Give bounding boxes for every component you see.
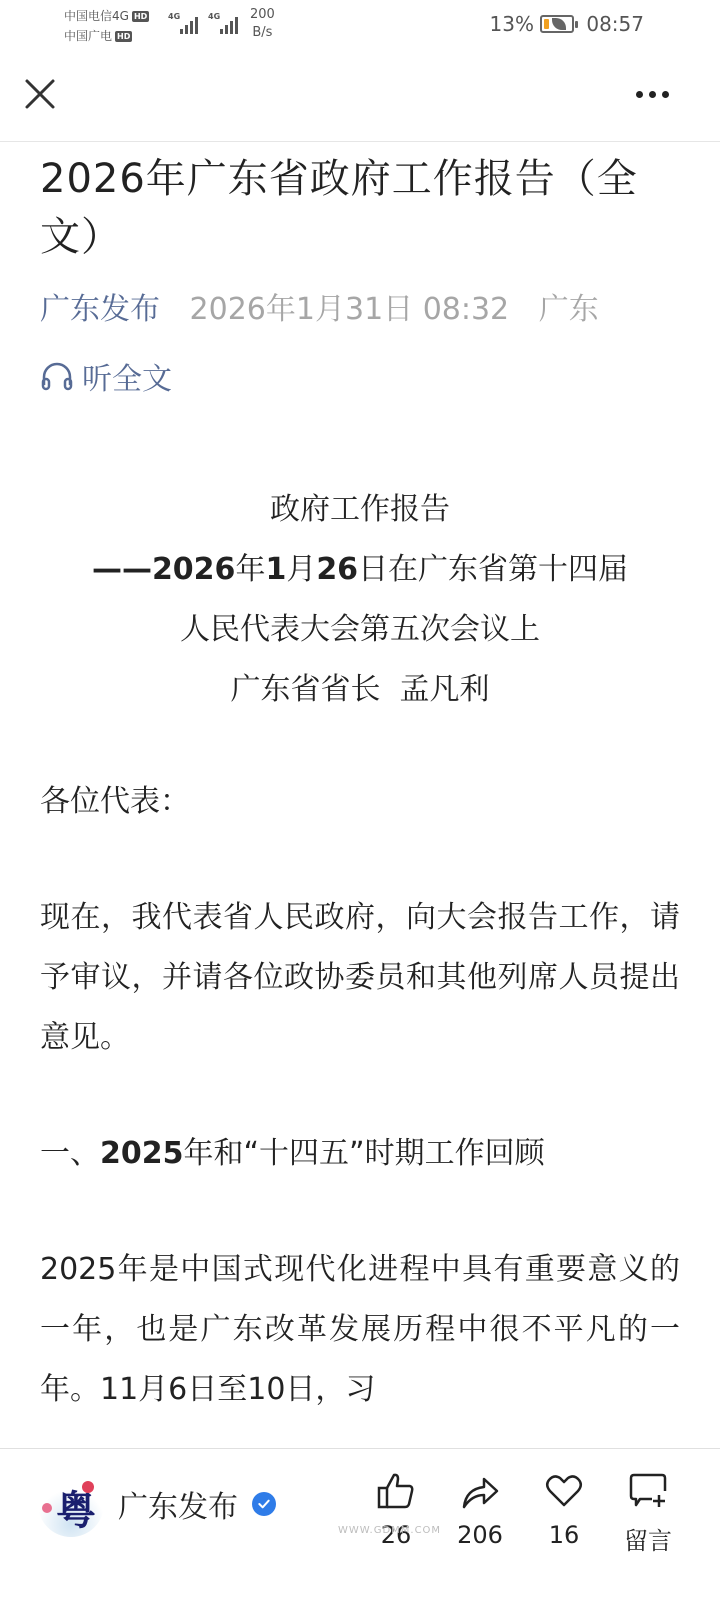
comment-button[interactable]: 留言: [606, 1471, 690, 1556]
report-occasion-line-1: ——2026年1月26日在广东省第十四届: [40, 540, 680, 600]
report-author: 广东省省长 孟凡利: [40, 660, 680, 720]
comment-add-icon: [628, 1471, 668, 1511]
source-account-link[interactable]: 广东发布: [40, 292, 160, 327]
carrier-1-name: 中国电信4G: [64, 6, 129, 26]
favorite-count: 16: [549, 1521, 580, 1549]
hd-badge: HD: [115, 31, 132, 42]
account-profile-link[interactable]: 粤 广东发布: [38, 1471, 276, 1537]
network-speed-unit: B/s: [250, 24, 275, 42]
bottom-action-bar: 粤 广东发布 26 206 16: [0, 1448, 720, 1600]
publish-date: 2026年1月31日 08:32: [190, 292, 510, 327]
signal-strength-icon: 4G: [208, 12, 238, 34]
account-name: 广东发布: [118, 1482, 238, 1526]
clock: 08:57: [586, 12, 644, 36]
battery-percent: 13%: [490, 12, 534, 36]
network-speed-value: 200: [250, 6, 275, 24]
headphones-icon: [40, 361, 74, 391]
like-count: 26: [381, 1521, 412, 1549]
share-icon: [460, 1471, 500, 1511]
time: 08:57: [586, 12, 644, 36]
share-count: 206: [457, 1521, 503, 1549]
signal-strength-icon: 4G: [168, 12, 198, 34]
more-options-button[interactable]: [632, 86, 672, 102]
carrier-2-name: 中国广电: [64, 26, 112, 46]
paragraph: 现在，我代表省人民政府，向大会报告工作，请予审议，并请各位政协委员和其他列席人员…: [40, 888, 680, 1068]
report-header: 政府工作报告 ——2026年1月26日在广东省第十四届 人民代表大会第五次会议上…: [40, 480, 680, 720]
section-year: 2025: [100, 1136, 184, 1171]
more-icon: [636, 91, 643, 98]
section-number: 一、: [40, 1136, 100, 1171]
carrier-info: 中国电信4G HD 中国广电 HD: [64, 6, 149, 46]
network-type-label: 4G: [208, 12, 220, 21]
listen-full-text-button[interactable]: 听全文: [40, 354, 680, 398]
greeting: 各位代表：: [40, 772, 680, 832]
close-icon: [22, 76, 58, 112]
network-type-label: 4G: [168, 12, 180, 21]
heart-icon: [544, 1471, 584, 1511]
comment-label: 留言: [624, 1521, 672, 1556]
publish-region: 广东: [539, 292, 599, 327]
hd-badge: HD: [132, 11, 149, 22]
section-heading: 一、2025年和“十四五”时期工作回顾: [40, 1124, 680, 1184]
like-button[interactable]: 26: [354, 1471, 438, 1556]
status-bar: 中国电信4G HD 中国广电 HD 4G 4G 200 B/s 13% 08:5…: [0, 0, 720, 50]
nav-bar: [0, 50, 720, 142]
listen-label: 听全文: [82, 354, 172, 398]
article: 2026年广东省政府工作报告（全文） 广东发布 2026年1月31日 08:32…: [40, 142, 680, 1420]
paragraph: 2025年是中国式现代化进程中具有重要意义的一年，也是广东改革发展历程中很不平凡…: [40, 1240, 680, 1420]
article-title: 2026年广东省政府工作报告（全文）: [40, 150, 680, 266]
close-button[interactable]: [22, 76, 58, 112]
favorite-button[interactable]: 16: [522, 1471, 606, 1556]
thumbs-up-icon: [376, 1471, 416, 1511]
verified-badge-icon: [252, 1492, 276, 1516]
battery-status: 13%: [490, 12, 574, 36]
report-occasion-line-2: 人民代表大会第五次会议上: [40, 600, 680, 660]
report-title: 政府工作报告: [40, 480, 680, 540]
battery-saver-icon: [540, 15, 574, 33]
article-meta: 广东发布 2026年1月31日 08:32 广东: [40, 290, 680, 330]
signal-indicators: 4G 4G: [168, 12, 238, 34]
article-actions: 26 206 16 留言: [354, 1471, 690, 1556]
account-avatar: 粤: [38, 1471, 104, 1537]
section-title: 年和“十四五”时期工作回顾: [184, 1136, 545, 1171]
network-speed: 200 B/s: [250, 6, 275, 42]
share-button[interactable]: 206: [438, 1471, 522, 1556]
